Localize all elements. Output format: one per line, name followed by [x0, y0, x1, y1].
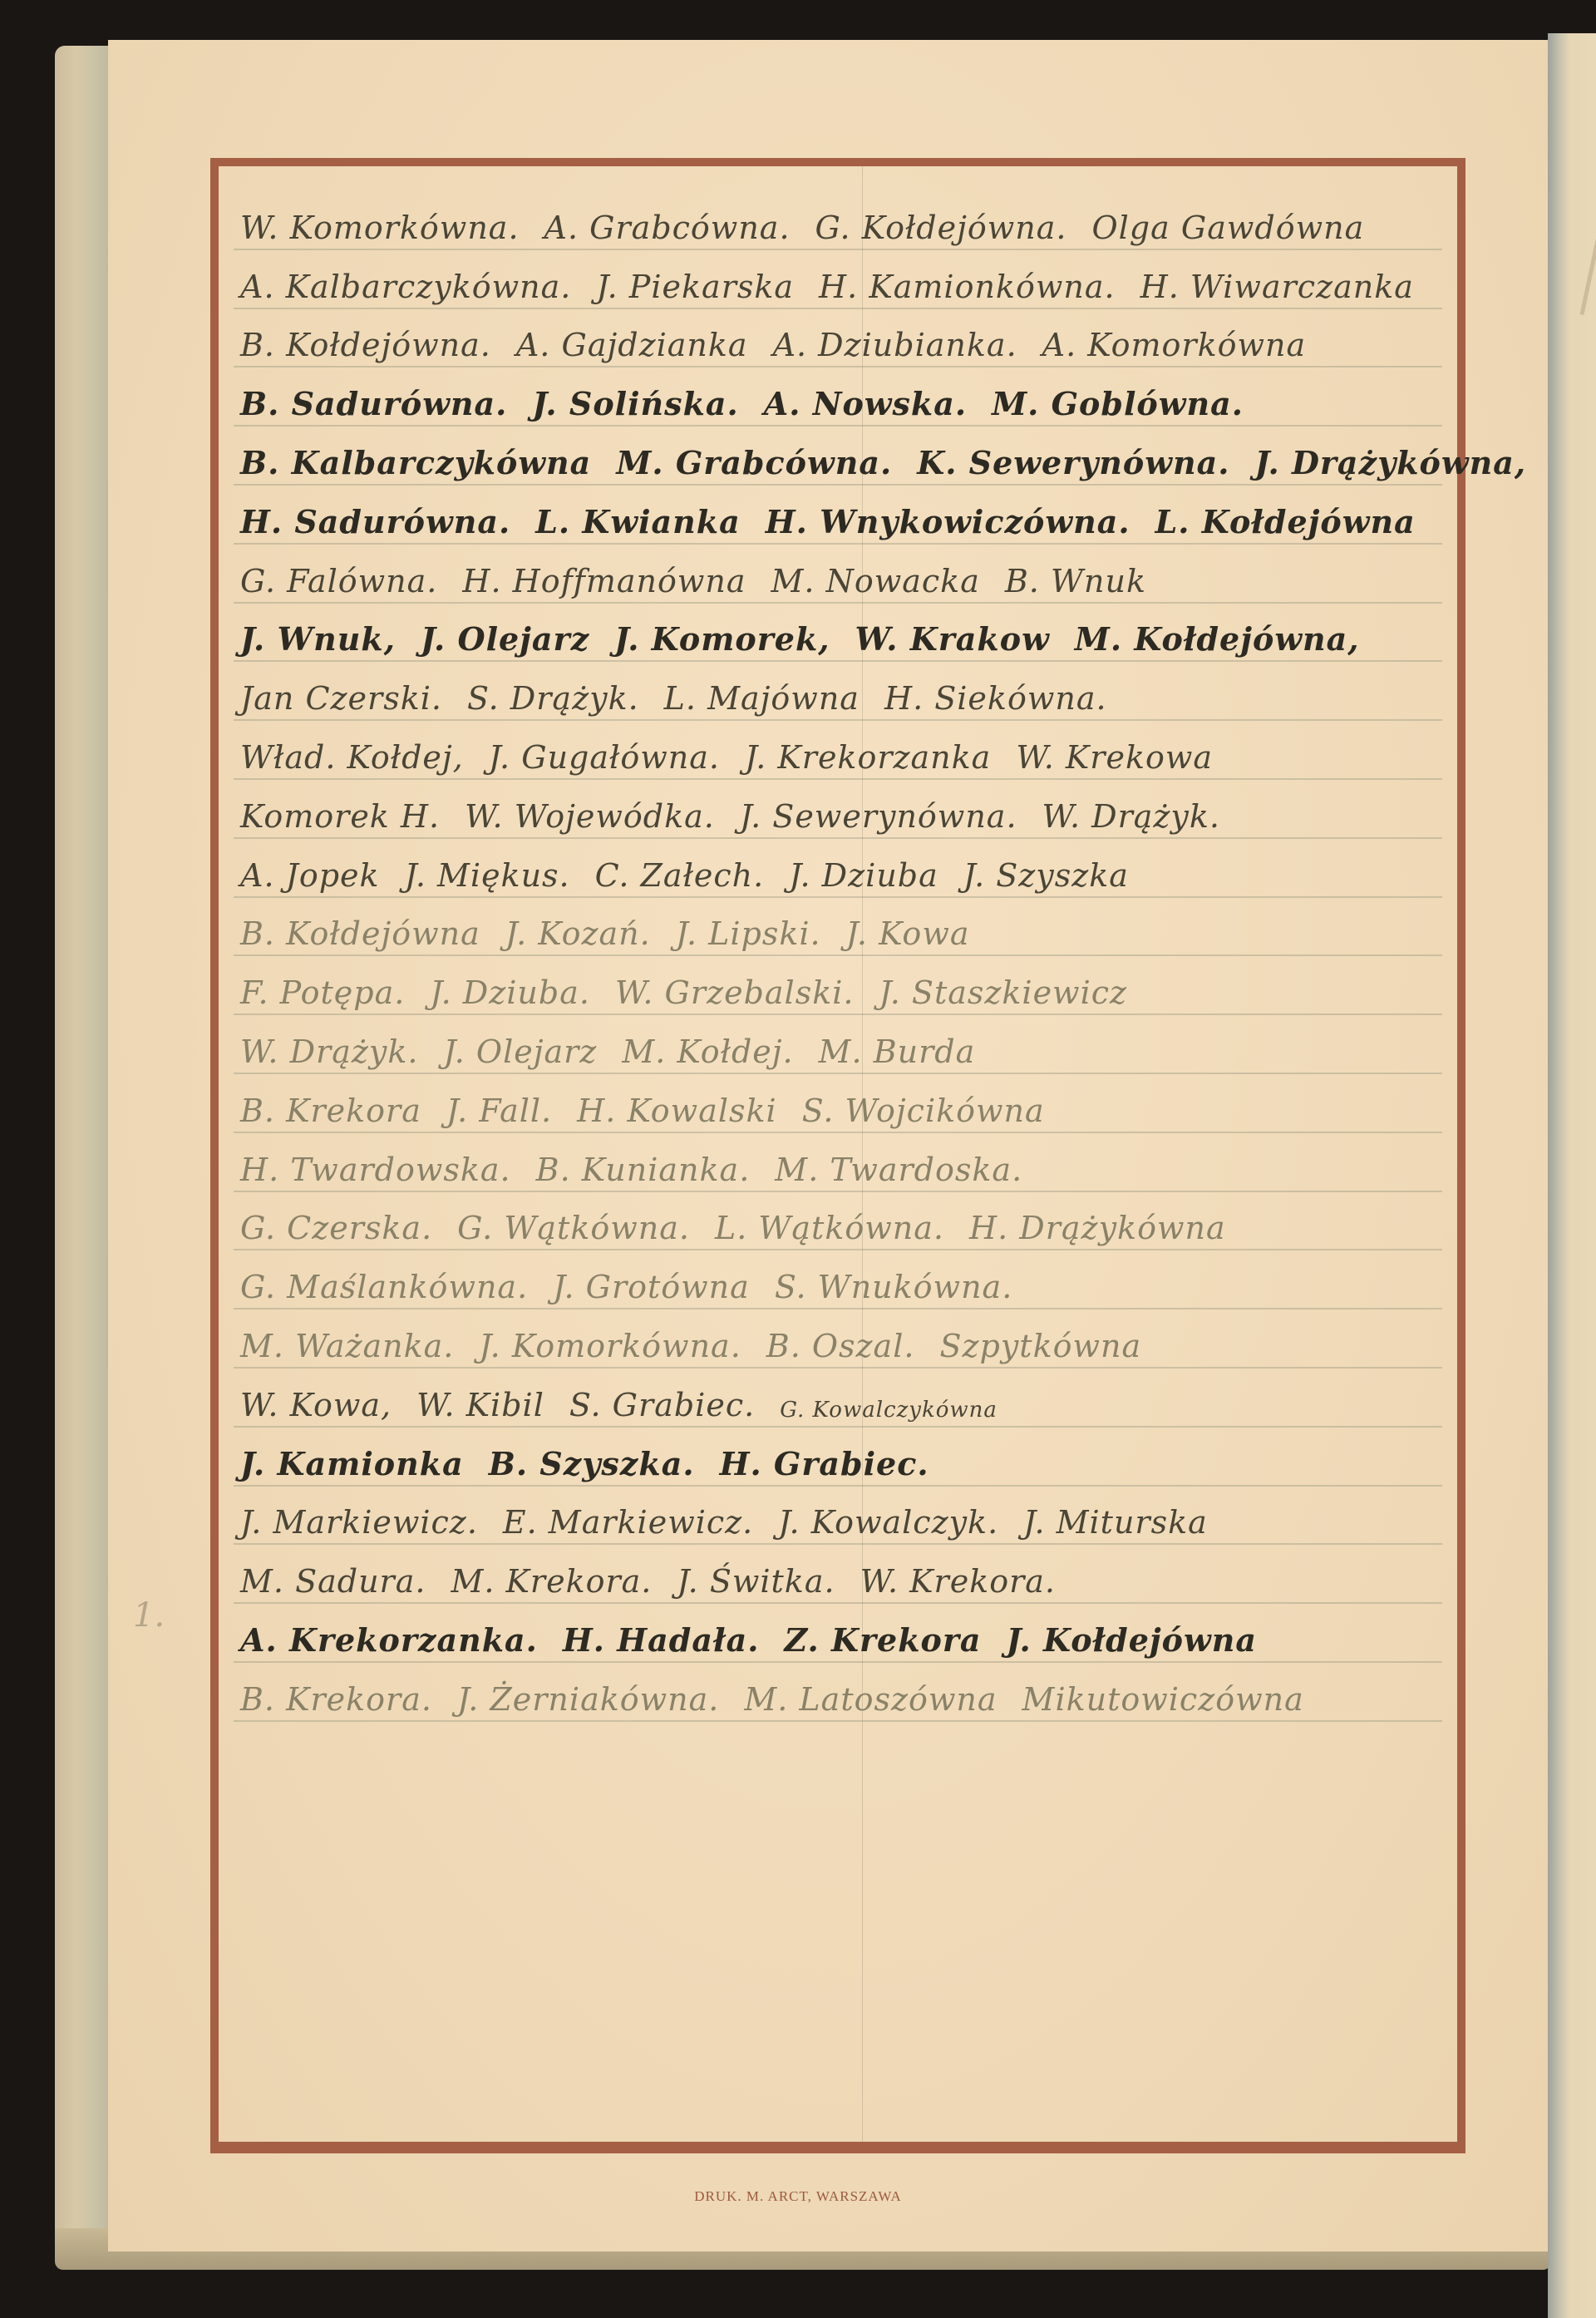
signature: G. Czerska. [240, 1212, 432, 1249]
signature: H. Sadurówna. [240, 506, 510, 543]
signature-row: A. Krekorzanka.H. Hadała.Z. KrekoraJ. Ko… [234, 1604, 1442, 1663]
signature-row: A. Kalbarczykówna.J. PiekarskaH. Kamionk… [234, 250, 1442, 309]
signature-row: M. Sadura.M. Krekora.J. Świtka.W. Krekor… [234, 1545, 1442, 1604]
signature-row: G. Czerska.G. Wątkówna.L. Wątkówna.H. Dr… [234, 1192, 1442, 1251]
signature: H. Siekówna. [884, 683, 1107, 719]
book-spine [55, 46, 113, 2257]
signature: W. Krekowa [1016, 742, 1213, 778]
signature-list: W. Komorkówna.A. Grabcówna.G. Kołdejówna… [219, 166, 1457, 2142]
signature: Jan Czerski. [240, 683, 442, 719]
signature: S. Grabiec. [569, 1389, 755, 1426]
signature: G. Kołdejówna. [815, 212, 1067, 249]
signature-row: B. Sadurówna.J. Solińska.A. Nowska.M. Go… [234, 367, 1442, 427]
signature: M. Krekora. [451, 1566, 652, 1602]
signature-row: G. Maślankówna.J. GrotównaS. Wnukówna. [234, 1250, 1442, 1309]
signature: B. Oszal. [766, 1330, 915, 1367]
signature-row: G. Falówna.H. HoffmanównaM. NowackaB. Wn… [234, 545, 1442, 604]
signature: J. Solińska. [532, 388, 738, 425]
signature: B. Sadurówna. [240, 388, 507, 425]
signature: B. Krekora. [240, 1684, 432, 1720]
signature-row: M. Ważanka.J. Komorkówna.B. Oszal.Szpytk… [234, 1309, 1442, 1369]
ruled-frame: W. Komorkówna.A. Grabcówna.G. Kołdejówna… [210, 158, 1465, 2153]
signature: H. Kowalski [577, 1095, 777, 1132]
signature: M. Kołdejówna, [1075, 624, 1360, 660]
signature: C. Załech. [595, 860, 765, 896]
signature: L. Kołdejówna [1155, 506, 1416, 543]
signature: J. Grotówna [553, 1271, 750, 1308]
signature: J. Kowa [846, 918, 970, 954]
signature: J. Olejarz [421, 624, 589, 660]
signature: J. Lipski. [676, 918, 821, 954]
signature: B. Kołdejówna [240, 918, 480, 954]
signature: B. Kalbarczykówna [240, 447, 591, 484]
signature: S. Wojcikówna [802, 1095, 1045, 1132]
signature-row: Jan Czerski.S. Drążyk.L. MajównaH. Siekó… [234, 662, 1442, 721]
signature: J. Fall. [446, 1095, 552, 1132]
signature: H. Grabiec. [720, 1448, 929, 1485]
signature: H. Hadała. [563, 1625, 760, 1661]
signature: W. Komorkówna. [240, 212, 520, 249]
signature: Szpytkówna [939, 1330, 1141, 1367]
signature: M. Sadura. [240, 1566, 426, 1602]
signature: A. Grabcówna. [544, 212, 791, 249]
signature: A. Nowska. [764, 388, 967, 425]
signature: W. Krekora. [860, 1566, 1056, 1602]
signature: J. Staszkiewicz [879, 977, 1127, 1014]
signature: J. Szyszka [963, 860, 1129, 896]
signature: B. Kołdejówna. [240, 329, 491, 366]
signature: J. Markiewicz. [240, 1507, 478, 1543]
signature-row: J. Markiewicz.E. Markiewicz.J. Kowalczyk… [234, 1487, 1442, 1546]
signature-row: B. KrekoraJ. Fall.H. KowalskiS. Wojcików… [234, 1074, 1442, 1133]
signature: H. Drążykówna [969, 1212, 1226, 1249]
signature: W. Kowa, [240, 1389, 392, 1426]
signature: W. Kibil [416, 1389, 544, 1426]
signature-row: H. Twardowska.B. Kunianka.M. Twardoska. [234, 1133, 1442, 1192]
signature: J. Olejarz [443, 1036, 597, 1073]
signature: H. Wnykowiczówna. [766, 506, 1130, 543]
signature-row: Wład. Kołdej,J. Gugałówna.J. Krekorzanka… [234, 721, 1442, 780]
signature: W. Drążyk. [240, 1036, 418, 1073]
signature-row: Komorek H.W. Wojewódka.J. Sewerynówna.W.… [234, 780, 1442, 839]
signature: G. Kowalczykówna [780, 1399, 997, 1426]
signature: H. Twardowska. [240, 1154, 511, 1191]
signature: J. Komorkówna. [479, 1330, 741, 1367]
signature-row: B. KołdejównaJ. Kozań.J. Lipski.J. Kowa [234, 898, 1442, 957]
signature: G. Falówna. [240, 565, 437, 602]
signature-row: W. Komorkówna.A. Grabcówna.G. Kołdejówna… [234, 191, 1442, 250]
signature: J. Żerniakówna. [457, 1684, 719, 1720]
signature-row: F. Potępa.J. Dziuba.W. Grzebalski.J. Sta… [234, 956, 1442, 1015]
signature: J. Gugałówna. [489, 742, 720, 778]
signature: S. Drążyk. [467, 683, 639, 719]
signature: A. Komorkówna [1042, 329, 1306, 366]
signature-row: A. JopekJ. Miękus.C. Załech.J. DziubaJ. … [234, 839, 1442, 898]
signature: Olga Gawdówna [1091, 212, 1364, 249]
signature: M. Burda [819, 1036, 976, 1073]
signature: E. Markiewicz. [503, 1507, 753, 1543]
signature: J. Miękus. [405, 860, 570, 896]
signature: F. Potępa. [240, 977, 405, 1014]
signature: L. Majówna [664, 683, 860, 719]
signature: J. Komorek, [614, 624, 830, 660]
signature: B. Kunianka. [536, 1154, 751, 1191]
signature: A. Gajdzianka [516, 329, 748, 366]
signature-row: W. Kowa,W. KibilS. Grabiec.G. Kowalczykó… [234, 1369, 1442, 1428]
signature: L. Wątkówna. [715, 1212, 944, 1249]
signature: G. Wątkówna. [457, 1212, 690, 1249]
signature: J. Kamionka [240, 1448, 464, 1485]
signature: J. Krekorzanka [745, 742, 991, 778]
signature: S. Wnukówna. [775, 1271, 1012, 1308]
signature: J. Dziuba [789, 860, 938, 896]
signature: Mikutowiczówna [1022, 1684, 1304, 1720]
signature: J. Sewerynówna. [740, 801, 1017, 837]
signature-row: W. Drążyk.J. OlejarzM. Kołdej.M. Burda [234, 1015, 1442, 1074]
signature-row: B. Kołdejówna.A. GajdziankaA. Dziubianka… [234, 309, 1442, 368]
signature: H. Wiwarczanka [1140, 271, 1414, 308]
signature: W. Krakow [855, 624, 1050, 660]
signature: W. Grzebalski. [615, 977, 855, 1014]
signature: M. Goblówna. [992, 388, 1244, 425]
signature: M. Latoszówna [744, 1684, 997, 1720]
signature: Z. Krekora [784, 1625, 981, 1661]
signature-row: H. Sadurówna.L. KwiankaH. Wnykowiczówna.… [234, 486, 1442, 545]
signature: B. Krekora [240, 1095, 421, 1132]
signature: K. Sewerynówna. [917, 447, 1229, 484]
signature: J. Kozań. [505, 918, 651, 954]
signature-row: J. Wnuk,J. OlejarzJ. Komorek,W. KrakowM.… [234, 604, 1442, 663]
signature: B. Wnuk [1005, 565, 1146, 602]
signature: M. Ważanka. [240, 1330, 454, 1367]
signature: A. Jopek [240, 860, 380, 896]
signature: J. Świtka. [677, 1566, 835, 1602]
signature: W. Wojewódka. [465, 801, 715, 837]
signature-row: B. Krekora.J. Żerniakówna.M. LatoszównaM… [234, 1663, 1442, 1722]
margin-note: 1. [133, 1596, 165, 1635]
signature: M. Nowacka [771, 565, 980, 602]
signature: Komorek H. [240, 801, 440, 837]
signature: G. Maślankówna. [240, 1271, 528, 1308]
next-page-gutter [1548, 33, 1596, 2318]
signature: H. Hoffmanówna [462, 565, 746, 602]
signature: B. Szyszka. [489, 1448, 695, 1485]
signature-row: B. KalbarczykównaM. Grabcówna.K. Seweryn… [234, 427, 1442, 486]
printer-imprint: DRUK. M. ARCT, WARSZAWA [0, 2188, 1596, 2205]
signature: M. Kołdej. [622, 1036, 793, 1073]
signature-row: J. KamionkaB. Szyszka.H. Grabiec. [234, 1428, 1442, 1487]
signature: J. Drążykówna, [1254, 447, 1526, 484]
signature: L. Kwianka [535, 506, 741, 543]
signature: Wład. Kołdej, [240, 742, 464, 778]
signature: W. Drążyk. [1042, 801, 1220, 837]
signature: J. Kowalczyk. [778, 1507, 998, 1543]
signature: J. Piekarska [596, 271, 794, 308]
signature: H. Kamionkówna. [819, 271, 1116, 308]
signature: J. Kołdejówna [1007, 1625, 1257, 1661]
signature: M. Grabcówna. [616, 447, 892, 484]
signature: J. Wnuk, [240, 624, 396, 660]
signature: M. Twardoska. [775, 1154, 1022, 1191]
signature: A. Dziubianka. [773, 329, 1017, 366]
signature: J. Miturska [1023, 1507, 1208, 1543]
signature: J. Dziuba. [430, 977, 590, 1014]
signature: A. Kalbarczykówna. [240, 271, 571, 308]
signature: A. Krekorzanka. [240, 1625, 538, 1661]
